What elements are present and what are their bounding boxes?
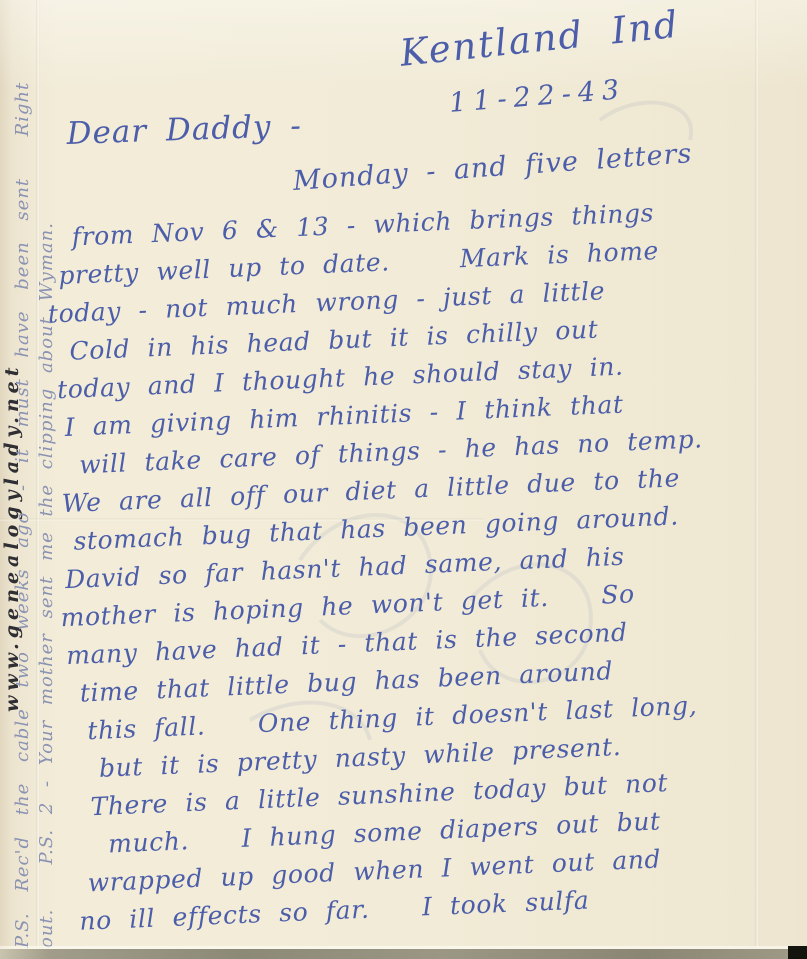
letter-page: www.genealogylady.net P.S. Rec'd the cab… <box>0 0 807 959</box>
letter-body: from Nov 6 & 13 - which brings things pr… <box>36 187 807 941</box>
margin-postscript-1: P.S. Rec'd the cable two weeks ago - it … <box>12 82 33 948</box>
scan-bottom-edge <box>0 949 807 959</box>
letter-date: 11-22-43 <box>448 74 627 119</box>
salutation: Dear Daddy - <box>66 108 302 152</box>
letter-location: Kentland Ind <box>398 3 682 75</box>
scan-corner-mark <box>788 946 807 959</box>
opening-line: Monday - and five letters <box>292 138 693 197</box>
